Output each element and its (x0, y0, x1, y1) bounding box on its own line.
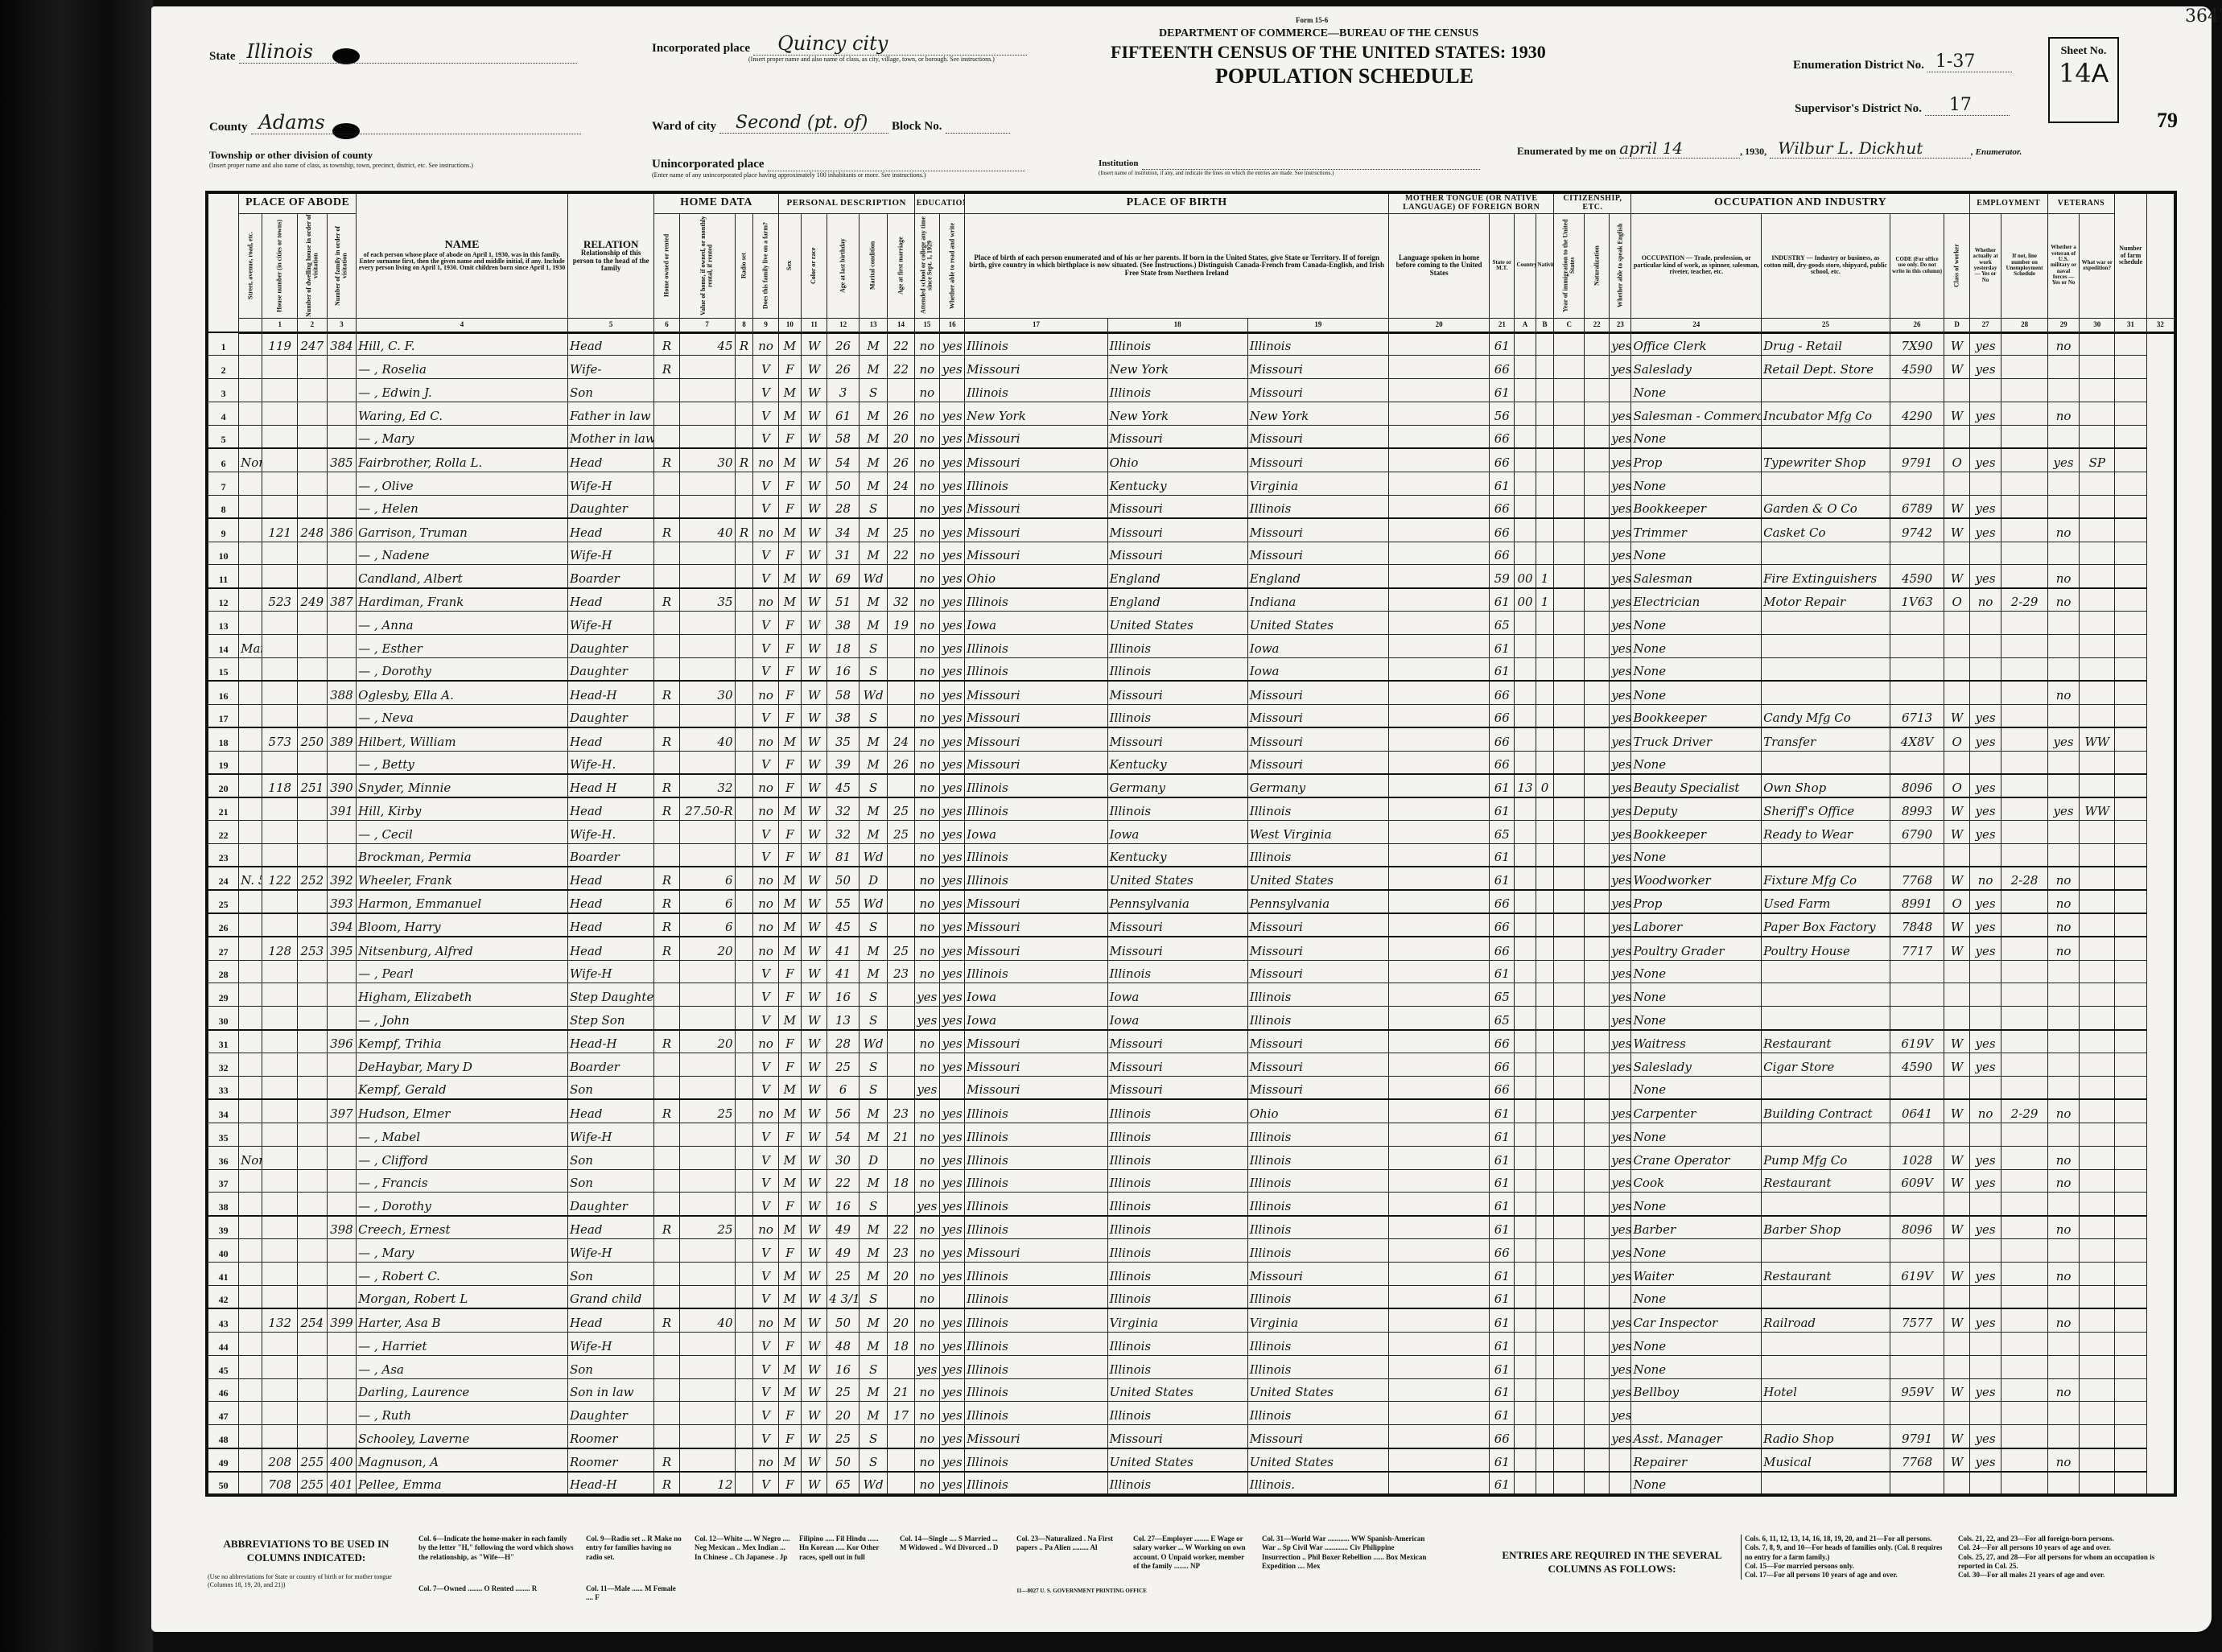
cell-code-c (1536, 937, 1554, 960)
cell-code-b (1515, 797, 1536, 821)
cell-english: yes (1610, 332, 1631, 356)
cell-read: yes (940, 1263, 965, 1286)
cell-unemp (2001, 751, 2047, 774)
cell-radio (735, 1007, 753, 1030)
cell-war (2080, 1308, 2115, 1332)
cell-age: 3 (827, 379, 860, 402)
cell-english: yes (1610, 1425, 1631, 1448)
cell-house (262, 657, 298, 681)
cell-code-c (1536, 751, 1554, 774)
cell-code-a: 61 (1490, 1169, 1515, 1193)
cell-english: yes (1610, 704, 1631, 727)
cell-class: W (1944, 821, 1969, 844)
cell-age: 45 (827, 774, 860, 797)
cell-street (239, 356, 262, 379)
cell-house (262, 1425, 298, 1448)
cell-pob-m: United States (1247, 1448, 1388, 1472)
cell-vet (2047, 1425, 2080, 1448)
cell-marital: M (859, 448, 887, 472)
cell-pob-m: Missouri (1247, 379, 1388, 402)
cell-farm: V (753, 1146, 778, 1169)
cell-war (2080, 495, 2115, 518)
cell-marital: S (859, 1355, 887, 1378)
cell-farm-sch (2115, 1123, 2147, 1146)
cell-school: no (914, 1169, 939, 1193)
cell-lang (1389, 1169, 1490, 1193)
mother-tongue-header: MOTHER TONGUE (OR NATIVE LANGUAGE) OF FO… (1389, 192, 1554, 213)
col-code-b-header: Country (1515, 213, 1536, 318)
cell-unemp (2001, 913, 2047, 937)
cell-code-c (1536, 704, 1554, 727)
cell-name: — , Ruth (357, 1402, 568, 1425)
cell-code-a: 66 (1490, 704, 1515, 727)
cell-radio (735, 1355, 753, 1378)
cell-sex: F (778, 1425, 801, 1448)
cell-relation: Father in law (567, 402, 653, 426)
cell-class: W (1944, 495, 1969, 518)
cell-natur (1585, 867, 1610, 890)
cell-farm-sch (2115, 821, 2147, 844)
cell-pob-f: New York (1107, 356, 1247, 379)
cell-work (1969, 983, 2001, 1007)
col-unemployment-header: If not, line number on Unemployment Sche… (2001, 213, 2047, 318)
cell-age-marr: 25 (888, 937, 914, 960)
cell-race: W (801, 844, 827, 867)
line-number: 24 (207, 867, 239, 890)
cell-sex: M (778, 379, 801, 402)
cell-natur (1585, 1355, 1610, 1378)
cell-class: W (1944, 1448, 1969, 1472)
cell-occupation: Waitress (1631, 1030, 1762, 1053)
cell-race: W (801, 472, 827, 495)
line-number: 18 (207, 727, 239, 751)
cell-farm: no (753, 913, 778, 937)
print-code: 11—8027 U. S. GOVERNMENT PRINTING OFFICE (1016, 1588, 1147, 1595)
line-number: 5 (207, 426, 239, 449)
cell-name: Hilbert, William (357, 727, 568, 751)
cell-marital: S (859, 1007, 887, 1030)
cell-race: W (801, 635, 827, 658)
cell-english: yes (1610, 1355, 1631, 1378)
cell-war (2080, 1448, 2115, 1472)
cell-farm: V (753, 1402, 778, 1425)
cell-marital: Wd (859, 1030, 887, 1053)
entries-list-1: Cols. 6, 11, 12, 13, 14, 16, 18, 19, 20,… (1741, 1535, 1950, 1580)
cell-street (239, 1472, 262, 1495)
cell-code-a: 66 (1490, 1425, 1515, 1448)
cell-age: 25 (827, 1263, 860, 1286)
cell-pob-m: Illinois (1247, 1355, 1388, 1378)
cell-code-b (1515, 495, 1536, 518)
cell-code-b: 00 (1515, 588, 1536, 612)
cell-code-d (1890, 542, 1944, 565)
cell-read (940, 1286, 965, 1309)
ward-field: Ward of city Second (pt. of) Block No. (652, 113, 1070, 134)
cell-read: yes (940, 704, 965, 727)
cell-age-marr (888, 1007, 914, 1030)
cell-code-d: 0641 (1890, 1099, 1944, 1123)
cell-pob: Illinois (965, 1169, 1107, 1193)
cell-work: yes (1969, 937, 2001, 960)
cell-dwelling (298, 913, 328, 937)
cell-english: yes (1610, 751, 1631, 774)
cell-natur (1585, 542, 1610, 565)
cell-read: yes (940, 612, 965, 635)
cell-farm-sch (2115, 612, 2147, 635)
cell-marital: S (859, 704, 887, 727)
cell-code-c (1536, 612, 1554, 635)
col-school-header: Attended school or college any time sinc… (914, 213, 939, 318)
cell-farm: no (753, 1099, 778, 1123)
cell-house: 523 (262, 588, 298, 612)
cell-pob-m: Illinois (1247, 332, 1388, 356)
cell-farm: no (753, 588, 778, 612)
cell-radio (735, 426, 753, 449)
cell-age: 20 (827, 1402, 860, 1425)
col-street-header: Street, avenue, road, etc. (239, 213, 262, 318)
cell-family: 396 (327, 1030, 357, 1053)
cell-family (327, 704, 357, 727)
cell-street (239, 612, 262, 635)
state-field: State Illinois (209, 40, 587, 64)
cell-radio (735, 1402, 753, 1425)
cell-owned (654, 495, 679, 518)
cell-code-d (1890, 1123, 1944, 1146)
cell-read: yes (940, 1425, 965, 1448)
unincorporated-label: Unincorporated place (652, 158, 765, 171)
cell-pob-f: Missouri (1107, 1425, 1247, 1448)
cell-family (327, 612, 357, 635)
cell-farm-sch (2115, 1169, 2147, 1193)
cell-war (2080, 983, 2115, 1007)
line-number: 23 (207, 844, 239, 867)
cell-radio (735, 890, 753, 913)
cell-farm-sch (2115, 704, 2147, 727)
cell-code-c (1536, 1053, 1554, 1077)
cell-code-b (1515, 751, 1536, 774)
cell-house (262, 472, 298, 495)
cell-class: W (1944, 1378, 1969, 1402)
cell-age: 6 (827, 1077, 860, 1100)
cell-owned: R (654, 867, 679, 890)
cell-name: Hill, C. F. (357, 332, 568, 356)
cell-school: no (914, 727, 939, 751)
cell-relation: Wife-H (567, 1332, 653, 1355)
cell-pob-f: Missouri (1107, 518, 1247, 542)
cell-read: yes (940, 1123, 965, 1146)
cell-street (239, 1169, 262, 1193)
cell-code-c (1536, 1448, 1554, 1472)
cell-code-d (1890, 1077, 1944, 1100)
table-row: 22— , CecilWife-H.VFW32M25noyesIowaIowaW… (207, 821, 2175, 844)
cell-lang (1389, 1099, 1490, 1123)
census-rows: 1119247384Hill, C. F.HeadR45RnoMW26M22no… (207, 332, 2175, 1495)
cell-age: 58 (827, 426, 860, 449)
cell-value (679, 751, 735, 774)
cell-read: yes (940, 1007, 965, 1030)
cell-owned (654, 1239, 679, 1263)
cell-race: W (801, 1378, 827, 1402)
cell-occupation: None (1631, 1239, 1762, 1263)
cell-pob: Missouri (965, 1030, 1107, 1053)
cell-radio (735, 1378, 753, 1402)
cell-pob-f: Illinois (1107, 1286, 1247, 1309)
cell-sex: M (778, 448, 801, 472)
cell-code-b (1515, 332, 1536, 356)
cell-code-b (1515, 983, 1536, 1007)
cell-family (327, 1355, 357, 1378)
cell-code-a: 61 (1490, 1216, 1515, 1239)
cell-code-c (1536, 1146, 1554, 1169)
col-num-26: 26 (1890, 318, 1944, 332)
col-house-header: House number (in cities or towns) (262, 213, 298, 318)
cell-pob: Illinois (965, 1472, 1107, 1495)
cell-unemp: 2-28 (2001, 867, 2047, 890)
cell-dwelling: 255 (298, 1472, 328, 1495)
cell-code-d: 4590 (1890, 565, 1944, 588)
cell-radio (735, 657, 753, 681)
cell-pob-m: United States (1247, 612, 1388, 635)
cell-work (1969, 681, 2001, 704)
cell-lang (1389, 867, 1490, 890)
cell-read: yes (940, 1193, 965, 1216)
cell-owned: R (654, 913, 679, 937)
cell-natur (1585, 1169, 1610, 1193)
cell-pob-m: Illinois. (1247, 1472, 1388, 1495)
cell-age-marr: 22 (888, 542, 914, 565)
cell-school: no (914, 1146, 939, 1169)
line-number: 27 (207, 937, 239, 960)
cell-occupation: None (1631, 379, 1762, 402)
cell-vet: no (2047, 1216, 2080, 1239)
cell-school: no (914, 332, 939, 356)
cell-occupation: None (1631, 1355, 1762, 1378)
cell-marital: Wd (859, 844, 887, 867)
line-number: 47 (207, 1402, 239, 1425)
cell-natur (1585, 1402, 1610, 1425)
cell-farm: V (753, 1007, 778, 1030)
cell-age-marr: 25 (888, 821, 914, 844)
cell-marital: Wd (859, 1472, 887, 1495)
cell-age: 34 (827, 518, 860, 542)
cell-immig (1554, 1007, 1585, 1030)
cell-natur (1585, 1239, 1610, 1263)
col-dwelling-header: Number of dwelling house in order of vis… (298, 213, 328, 318)
state-label: State (209, 50, 236, 63)
cell-read: yes (940, 657, 965, 681)
cell-pob: Illinois (965, 1332, 1107, 1355)
cell-war (2080, 1472, 2115, 1495)
cell-owned (654, 402, 679, 426)
cell-industry (1762, 612, 1890, 635)
cell-dwelling (298, 542, 328, 565)
cell-occupation: Bookkeeper (1631, 821, 1762, 844)
cell-lang (1389, 588, 1490, 612)
cell-code-c (1536, 657, 1554, 681)
cell-immig (1554, 565, 1585, 588)
cell-school: no (914, 913, 939, 937)
cell-code-a: 66 (1490, 681, 1515, 704)
cell-family: 394 (327, 913, 357, 937)
cell-street (239, 1425, 262, 1448)
cell-code-a: 59 (1490, 565, 1515, 588)
cell-farm: V (753, 565, 778, 588)
cell-relation: Head-H (567, 1472, 653, 1495)
cell-vet: no (2047, 867, 2080, 890)
cell-street (239, 727, 262, 751)
incorporated-place-field: Incorporated place Quincy city (Insert p… (652, 32, 1070, 63)
cell-pob-m: Illinois (1247, 1169, 1388, 1193)
cell-sex: F (778, 635, 801, 658)
cell-lang (1389, 704, 1490, 727)
cell-race: W (801, 1030, 827, 1053)
cell-street (239, 821, 262, 844)
cell-occupation: None (1631, 960, 1762, 983)
cell-english: yes (1610, 1169, 1631, 1193)
cell-school: no (914, 681, 939, 704)
cell-dwelling: 255 (298, 1448, 328, 1472)
cell-pob: Illinois (965, 657, 1107, 681)
cell-unemp (2001, 1402, 2047, 1425)
cell-code-c (1536, 1355, 1554, 1378)
cell-immig (1554, 1263, 1585, 1286)
cell-sex: F (778, 542, 801, 565)
cell-street (239, 1263, 262, 1286)
cell-code-b (1515, 913, 1536, 937)
cell-code-b (1515, 1286, 1536, 1309)
cell-sex: M (778, 867, 801, 890)
cell-house (262, 821, 298, 844)
line-number: 39 (207, 1216, 239, 1239)
cell-occupation: Asst. Manager (1631, 1425, 1762, 1448)
table-row: 13— , AnnaWife-HVFW38M19noyesIowaUnited … (207, 612, 2175, 635)
line-number: 29 (207, 983, 239, 1007)
cell-immig (1554, 332, 1585, 356)
cell-war (2080, 426, 2115, 449)
cell-street (239, 751, 262, 774)
cell-age-marr: 24 (888, 727, 914, 751)
cell-marital: Wd (859, 681, 887, 704)
cell-relation: Daughter (567, 635, 653, 658)
cell-radio (735, 1216, 753, 1239)
cell-value: 6 (679, 913, 735, 937)
cell-code-d: 4X8V (1890, 727, 1944, 751)
cell-english: yes (1610, 542, 1631, 565)
cell-age-marr (888, 495, 914, 518)
employment-header: EMPLOYMENT (1969, 192, 2047, 213)
cell-name: Creech, Ernest (357, 1216, 568, 1239)
cell-farm: V (753, 1077, 778, 1100)
cell-radio (735, 472, 753, 495)
cell-pob: Missouri (965, 1425, 1107, 1448)
cell-vet: yes (2047, 727, 2080, 751)
cell-war (2080, 1378, 2115, 1402)
cell-pob-f: Missouri (1107, 495, 1247, 518)
cell-relation: Head-H (567, 681, 653, 704)
cell-immig (1554, 1099, 1585, 1123)
cell-name: — , Neva (357, 704, 568, 727)
cell-pob-m: United States (1247, 867, 1388, 890)
cell-immig (1554, 426, 1585, 449)
cell-house (262, 426, 298, 449)
cell-natur (1585, 1007, 1610, 1030)
cell-english (1610, 1448, 1631, 1472)
cell-value (679, 1146, 735, 1169)
cell-radio (735, 1077, 753, 1100)
cell-pob-f: Missouri (1107, 1030, 1247, 1053)
line-number: 7 (207, 472, 239, 495)
cell-war (2080, 1099, 2115, 1123)
cell-natur (1585, 1123, 1610, 1146)
farm-schedule-header: Number of farm schedule (2115, 192, 2147, 318)
cell-work: yes (1969, 332, 2001, 356)
cell-natur (1585, 448, 1610, 472)
cell-family: 386 (327, 518, 357, 542)
cell-class: W (1944, 797, 1969, 821)
cell-industry: Garden & O Co (1762, 495, 1890, 518)
cell-age: 61 (827, 402, 860, 426)
cell-natur (1585, 588, 1610, 612)
cell-age: 38 (827, 612, 860, 635)
cell-age: 38 (827, 704, 860, 727)
cell-code-a: 65 (1490, 821, 1515, 844)
col-age-marriage-header: Age at first marriage (888, 213, 914, 318)
cell-marital: S (859, 774, 887, 797)
table-row: 4Waring, Ed C.Father in lawVMW61M26noyes… (207, 402, 2175, 426)
cell-pob-f: Illinois (1107, 657, 1247, 681)
cell-war: SP (2080, 448, 2115, 472)
cell-lang (1389, 612, 1490, 635)
cell-owned (654, 1402, 679, 1425)
cell-farm: no (753, 937, 778, 960)
cell-class: W (1944, 518, 1969, 542)
col-industry-header: INDUSTRY — Industry or business, as cott… (1762, 213, 1890, 318)
cell-radio (735, 681, 753, 704)
cell-work: yes (1969, 448, 2001, 472)
cell-unemp (2001, 960, 2047, 983)
cell-occupation: Electrician (1631, 588, 1762, 612)
abbrev-col7: Col. 7—Owned ........ O Rented ........ … (418, 1584, 575, 1593)
cell-industry (1762, 379, 1890, 402)
cell-read: yes (940, 448, 965, 472)
cell-pob-f: Missouri (1107, 937, 1247, 960)
column-number-row: 123456789101112131415161718192021ABC2223… (207, 318, 2175, 332)
cell-relation: Son (567, 379, 653, 402)
cell-unemp (2001, 1378, 2047, 1402)
cell-pob-m: Illinois (1247, 1332, 1388, 1355)
cell-vet (2047, 1077, 2080, 1100)
cell-relation: Head (567, 518, 653, 542)
cell-age-marr: 21 (888, 1123, 914, 1146)
cell-family (327, 426, 357, 449)
cell-war (2080, 1355, 2115, 1378)
cell-industry (1762, 960, 1890, 983)
cell-marital: M (859, 937, 887, 960)
cell-school: no (914, 937, 939, 960)
cell-farm-sch (2115, 797, 2147, 821)
cell-race: W (801, 797, 827, 821)
cell-value (679, 426, 735, 449)
cell-occupation: None (1631, 1123, 1762, 1146)
cell-age: 39 (827, 751, 860, 774)
table-row: 50708255401Pellee, EmmaHead-HR12VFW65Wdn… (207, 1472, 2175, 1495)
cell-occupation: Office Clerk (1631, 332, 1762, 356)
cell-race: W (801, 1053, 827, 1077)
cell-code-a: 61 (1490, 379, 1515, 402)
cell-pob: Illinois (965, 1355, 1107, 1378)
cell-code-b (1515, 1425, 1536, 1448)
cell-natur (1585, 1077, 1610, 1100)
